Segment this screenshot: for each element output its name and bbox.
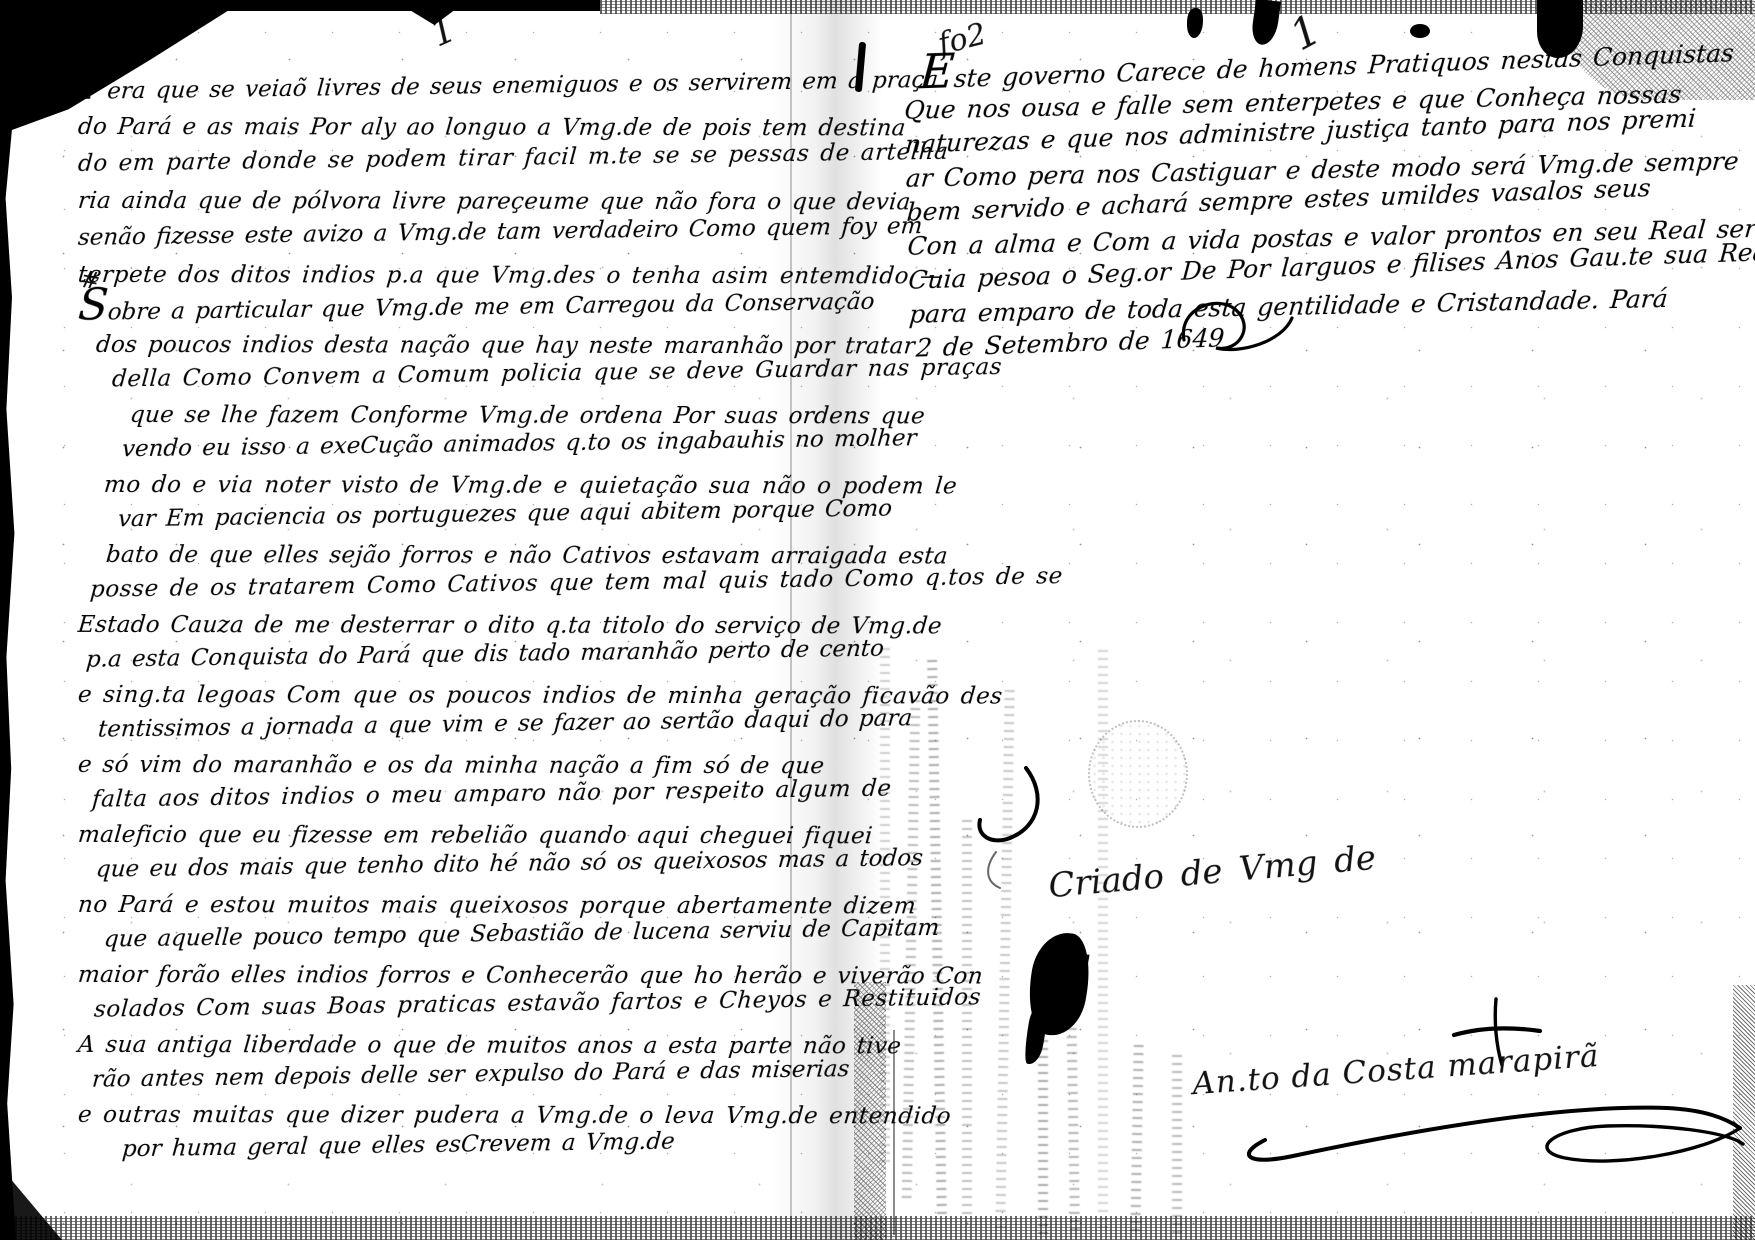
ink-smudge: [1250, 0, 1281, 47]
valediction: Criado de Vmg de: [1047, 838, 1378, 906]
bleedthrough-streak: [1038, 1000, 1048, 1235]
bleedthrough-streak: [1172, 1055, 1182, 1235]
manuscript-line: Pera que se veiaõ livres de seus enemigu…: [77, 60, 950, 109]
scan-border-right-lower: [1733, 985, 1755, 1240]
bleedthrough-streak: [880, 648, 890, 1168]
bleedthrough-streak: [1098, 650, 1108, 1230]
ink-smudge: [1410, 24, 1430, 38]
date-flourish: [1170, 288, 1300, 358]
left-page-paragraph-1: Pera que se veiaõ livres de seus enemigu…: [78, 72, 949, 294]
manuscript-scan: 1 g # Pera que se veiaõ livres de seus e…: [0, 0, 1755, 1240]
signature-flourish: [1235, 1082, 1745, 1172]
ink-smudge: [1187, 8, 1203, 38]
bleedthrough-streak: [962, 820, 972, 1220]
bleedthrough-streak: [1130, 1045, 1143, 1235]
scan-border-left: [0, 0, 16, 1240]
scan-border-bottom: [0, 1216, 1755, 1240]
